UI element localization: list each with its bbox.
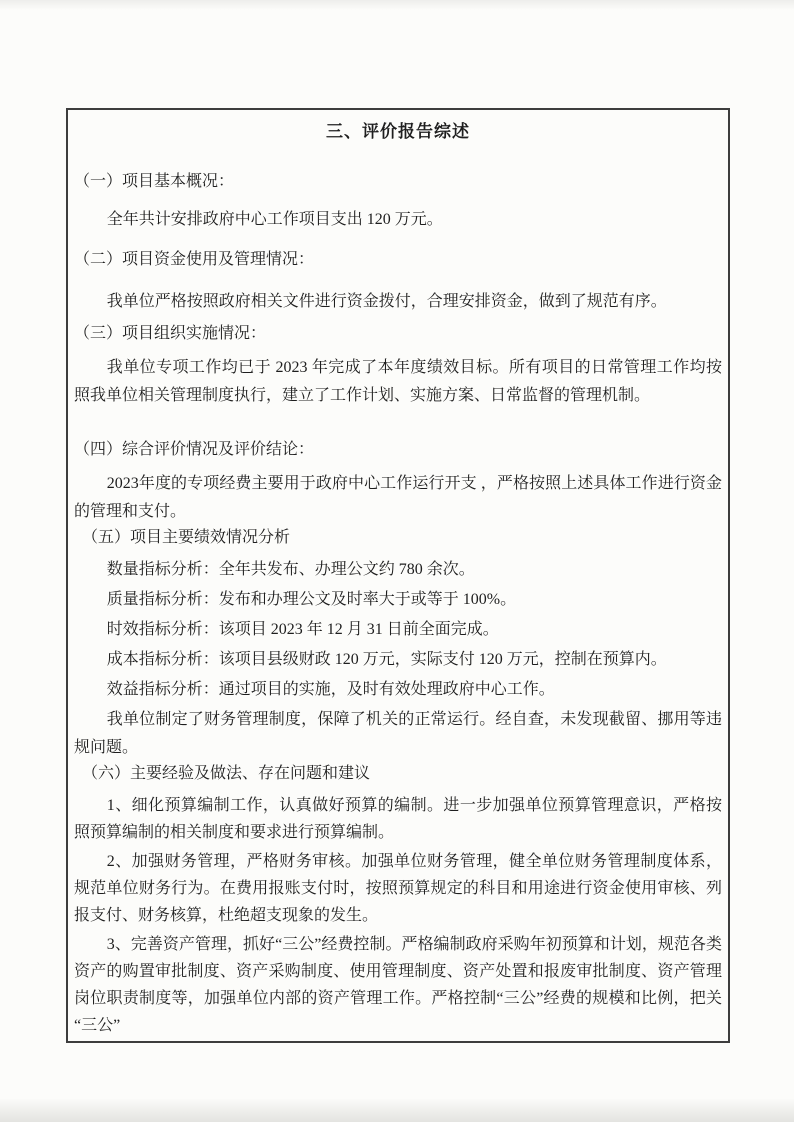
- section-1-paragraph: 全年共计安排政府中心工作项目支出 120 万元。: [74, 206, 722, 234]
- report-table-cell: 三、评价报告综述 （一）项目基本概况： 全年共计安排政府中心工作项目支出 120…: [66, 108, 730, 1043]
- scan-shadow-bottom: [0, 1098, 794, 1122]
- section-2-heading: （二）项目资金使用及管理情况：: [74, 248, 722, 272]
- section-3: （三）项目组织实施情况： 我单位专项工作均已于 2023 年完成了本年度绩效目标…: [74, 322, 722, 410]
- scanned-page: 三、评价报告综述 （一）项目基本概况： 全年共计安排政府中心工作项目支出 120…: [0, 0, 794, 1122]
- section-5-paragraph-timeliness: 时效指标分析：该项目 2023 年 12 月 31 日前全面完成。: [74, 616, 722, 644]
- section-4-heading: （四）综合评价情况及评价结论：: [74, 438, 722, 462]
- report-title: 三、评价报告综述: [74, 120, 722, 144]
- section-5-paragraph-selfcheck: 我单位制定了财务管理制度，保障了机关的正常运行。经自查，未发现截留、挪用等违规问…: [74, 706, 722, 762]
- section-6-paragraph-2: 2、加强财务管理，严格财务审核。加强单位财务管理，健全单位财务管理制度体系，规范…: [74, 848, 722, 929]
- section-2: （二）项目资金使用及管理情况： 我单位严格按照政府相关文件进行资金拨付，合理安排…: [74, 248, 722, 316]
- section-5-heading: （五）项目主要绩效情况分析: [74, 526, 722, 550]
- section-5-paragraph-benefit: 效益指标分析：通过项目的实施，及时有效处理政府中心工作。: [74, 676, 722, 704]
- section-2-paragraph: 我单位严格按照政府相关文件进行资金拨付，合理安排资金，做到了规范有序。: [74, 288, 722, 316]
- scan-shadow-top: [0, 0, 794, 10]
- section-1-heading: （一）项目基本概况：: [74, 170, 722, 194]
- section-4: （四）综合评价情况及评价结论： 2023年度的专项经费主要用于政府中心工作运行开…: [74, 438, 722, 526]
- section-6-paragraph-3: 3、完善资产管理，抓好“三公”经费控制。严格编制政府采购年初预算和计划，规范各类…: [74, 931, 722, 1039]
- section-3-paragraph: 我单位专项工作均已于 2023 年完成了本年度绩效目标。所有项目的日常管理工作均…: [74, 354, 722, 410]
- section-5: （五）项目主要绩效情况分析 数量指标分析：全年共发布、办理公文约 780 余次。…: [74, 526, 722, 762]
- section-3-heading: （三）项目组织实施情况：: [74, 322, 722, 346]
- section-6: （六）主要经验及做法、存在问题和建议 1、细化预算编制工作，认真做好预算的编制。…: [74, 762, 722, 1039]
- section-4-paragraph: 2023年度的专项经费主要用于政府中心工作运行开支 ，严格按照上述具体工作进行资…: [74, 470, 722, 526]
- section-6-paragraph-1: 1、细化预算编制工作，认真做好预算的编制。进一步加强单位预算管理意识，严格按照预…: [74, 792, 722, 846]
- section-5-paragraph-quality: 质量指标分析：发布和办理公文及时率大于或等于 100%。: [74, 586, 722, 614]
- section-6-heading: （六）主要经验及做法、存在问题和建议: [74, 762, 722, 786]
- section-1: （一）项目基本概况： 全年共计安排政府中心工作项目支出 120 万元。: [74, 170, 722, 234]
- section-5-paragraph-cost: 成本指标分析：该项目县级财政 120 万元，实际支付 120 万元，控制在预算内…: [74, 646, 722, 674]
- section-5-paragraph-quantity: 数量指标分析：全年共发布、办理公文约 780 余次。: [74, 556, 722, 584]
